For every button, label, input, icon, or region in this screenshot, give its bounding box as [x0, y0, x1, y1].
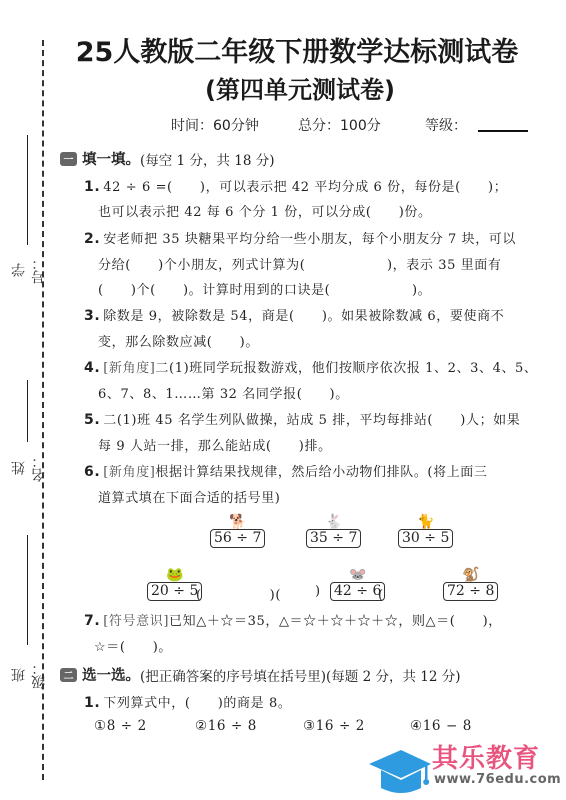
question-2-line-1: 2.安老师把 35 块糖果平均分给一些小朋友，每个小朋友分 7 块，可以 [84, 228, 516, 247]
dog-icon: 🐕 [229, 515, 246, 529]
rabbit-icon: 🐇 [325, 515, 342, 529]
cat-icon: 🐈 [417, 515, 434, 529]
option-2[interactable]: ②16 ÷ 8 [195, 718, 257, 734]
option-1[interactable]: ①8 ÷ 2 [94, 718, 147, 734]
question-7-line-2: ☆＝( )。 [94, 636, 172, 655]
question-7-line-1: 7.[符号意识]已知△＋☆＝35，△＝☆＋☆＋☆＋☆，则△＝( )， [84, 610, 502, 629]
question-6-line-2: 道算式填在下面合适的括号里) [98, 487, 280, 506]
section-2-header: 二 选一选。 (把正确答案的序号填在括号里)(每题 2 分，共 12 分) [60, 664, 461, 685]
section-2-question-1: 1.下列算式中，( )的商是 8。 [84, 692, 291, 711]
section-1-title: 填一填。 [82, 148, 140, 169]
question-4-tag: [新角度] [103, 361, 155, 376]
monkey-icon: 🐒 [462, 568, 479, 582]
question-5-line-1: 5.二(1)班 45 名学生列队做操，站成 5 排，平均每排站( )人；如果 [84, 409, 520, 428]
section-2-title: 选一选。 [82, 664, 140, 685]
question-2-line-3: ( )个( )。计算时用到的口诀是( )。 [98, 279, 431, 298]
class-label: 班级： [9, 655, 33, 695]
exam-total-score: 总分：100分 [298, 115, 381, 135]
q6-blank-2[interactable]: ) [315, 584, 321, 599]
student-id-label: 学号： [9, 250, 33, 290]
question-4-line-2: 6、7、8、1……第 32 名同学报( )。 [98, 383, 349, 402]
question-6-tag: [新角度] [103, 465, 155, 480]
question-1-line-1: 1.42 ÷ 6 =( )，可以表示把 42 平均分成 6 份，每份是( )； [84, 176, 507, 195]
grade-blank[interactable] [478, 130, 528, 132]
expression-box: 30 ÷ 5 [398, 529, 453, 548]
section-1-note: (每空 1 分，共 18 分) [140, 149, 274, 169]
question-2-line-2: 分给( )个小朋友，列式计算为( )，表示 35 里面有 [98, 254, 502, 273]
question-3-line-2: 变，那么除数应减( )。 [98, 331, 259, 350]
frog-icon: 🐸 [166, 568, 183, 582]
expression-box: 72 ÷ 8 [443, 582, 498, 601]
q6-blank-1[interactable]: ( )( [196, 584, 281, 603]
page-subtitle: (第四单元测试卷) [0, 70, 566, 105]
q6-bottom-item-1: 🐸 20 ÷ 5 [147, 568, 202, 601]
graduation-cap-icon [367, 748, 431, 800]
section-2-note: (把正确答案的序号填在括号里)(每题 2 分，共 12 分) [140, 665, 461, 685]
question-6-line-1: 6.[新角度]根据计算结果找规律，然后给小动物们排队。(将上面三 [84, 461, 488, 480]
question-5-line-2: 每 9 人站一排，那么能站成( )排。 [98, 435, 332, 454]
expression-box: 20 ÷ 5 [147, 582, 202, 601]
section-2-badge: 二 [60, 668, 77, 682]
question-3-line-1: 3.除数是 9，被除数是 54，商是( )。如果被除数减 6，要使商不 [84, 305, 504, 324]
name-underline-top [27, 380, 28, 442]
class-underline [27, 535, 28, 645]
expression-box: 35 ÷ 7 [306, 529, 361, 548]
section-1-badge: 一 [60, 152, 77, 166]
q6-top-item-3: 🐈 30 ÷ 5 [398, 515, 453, 548]
option-4[interactable]: ④16 − 8 [410, 718, 472, 734]
student-id-underline [27, 135, 28, 245]
option-3[interactable]: ③16 ÷ 2 [303, 718, 365, 734]
q6-top-item-2: 🐇 35 ÷ 7 [306, 515, 361, 548]
question-7-tag: [符号意识] [103, 614, 169, 629]
question-1-line-2: 也可以表示把 42 每 6 个分 1 份，可以分成( )份。 [98, 201, 432, 220]
exam-time: 时间：60分钟 [171, 115, 259, 135]
mouse-icon: 🐭 [349, 568, 366, 582]
q6-top-item-1: 🐕 56 ÷ 7 [210, 515, 265, 548]
brand-url[interactable]: www.76edu.com [434, 772, 561, 787]
name-label: 姓名： [9, 448, 33, 488]
q6-bottom-item-3: 🐒 72 ÷ 8 [443, 568, 498, 601]
question-4-line-1: 4.[新角度]二(1)班同学玩报数游戏，他们按顺序依次报 1、2、3、4、5、 [84, 357, 538, 376]
grade-label: 等级： [425, 115, 467, 135]
brand-name: 其乐教育 [432, 738, 540, 775]
section-1-header: 一 填一填。 (每空 1 分，共 18 分) [60, 148, 274, 169]
expression-box: 56 ÷ 7 [210, 529, 265, 548]
page-title: 25人教版二年级下册数学达标测试卷 [0, 30, 566, 69]
